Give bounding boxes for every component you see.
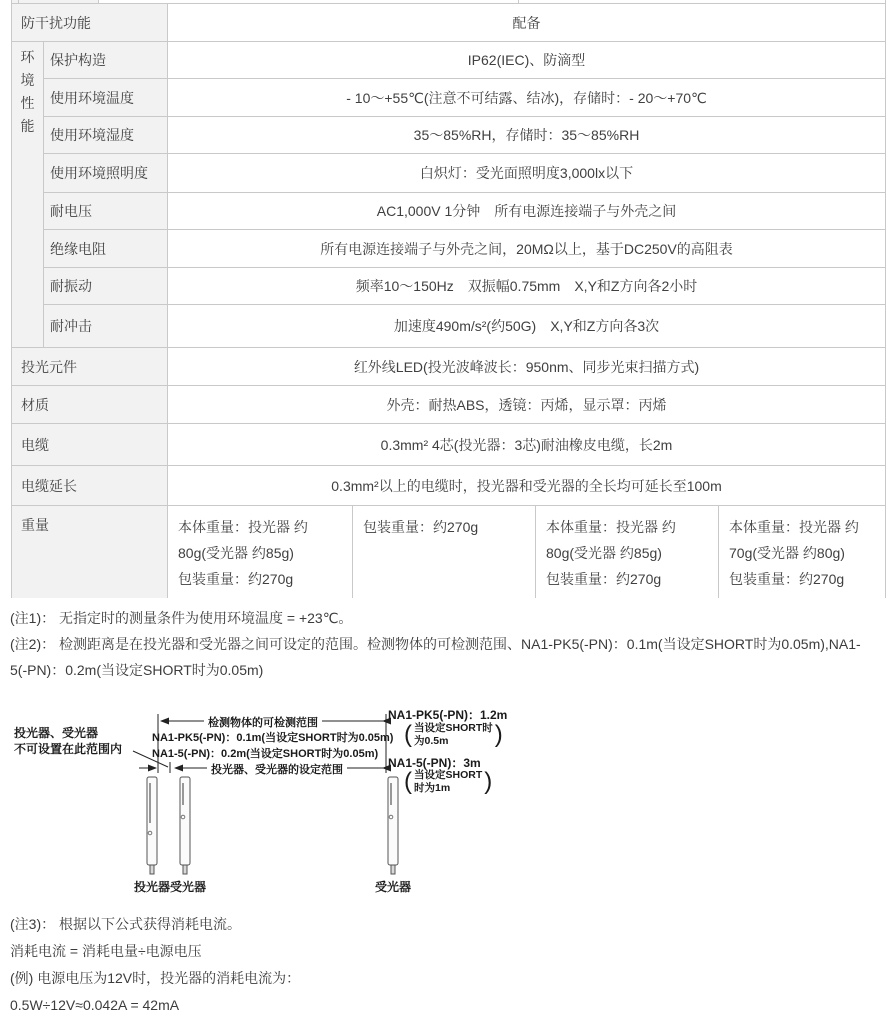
env-group-header: 环境性能 <box>12 42 44 347</box>
table-row: 电缆 0.3mm² 4芯(投光器：3芯)耐油橡皮电缆，长2m <box>12 424 886 466</box>
row-value: 配备 <box>168 4 886 41</box>
paren-text: 当设定SHORT时 为0.5m <box>412 722 495 748</box>
table-row: 耐振动 频率10～150Hz 双振幅0.75mm X,Y和Z方向各2小时 <box>44 268 886 305</box>
env-group: 环境性能 保护构造 IP62(IEC)、防滴型 使用环境温度 - 10～+55℃… <box>12 42 886 348</box>
row-value: 外壳：耐热ABS，透镜：丙烯，显示罩：丙烯 <box>168 386 886 423</box>
row-value: 0.3mm²以上的电缆时，投光器和受光器的全长均可延长至100m <box>168 466 886 505</box>
notes-block-1: (注1)： 无指定时的测量条件为使用环境温度 = +23℃。 (注2)： 检测距… <box>10 605 876 683</box>
detect-range-label: 检测物体的可检测范围 <box>204 714 322 730</box>
table-row: 防干扰功能 配备 <box>12 4 886 42</box>
row-label: 使用环境温度 <box>44 79 168 116</box>
row-value: 加速度490m/s²(约50G) X,Y和Z方向各3次 <box>168 305 886 347</box>
row-label: 耐电压 <box>44 193 168 229</box>
weight-cell: 本体重量：投光器 约80g(受光器 约85g) 包装重量：约270g <box>168 506 353 598</box>
row-label: 使用环境湿度 <box>44 117 168 153</box>
table-row: 绝缘电阻 所有电源连接端子与外壳之间，20MΩ以上，基于DC250V的高阻表 <box>44 230 886 268</box>
setting-range-label: 投光器、受光器的设定范围 <box>207 761 347 777</box>
setting-max-5-note: (当设定SHORT 时为1m) <box>404 769 492 795</box>
cutoff-cell <box>12 0 19 3</box>
receiver-bar-label: 受光器 <box>371 878 415 895</box>
row-label: 重量 <box>12 506 168 598</box>
note-1: (注1)： 无指定时的测量条件为使用环境温度 = +23℃。 <box>10 605 876 631</box>
receiver-bar-far <box>388 777 398 874</box>
row-value: 0.3mm² 4芯(投光器：3芯)耐油橡皮电缆，长2m <box>168 424 886 465</box>
receiver-bar-near <box>180 777 190 874</box>
row-value: - 10～+55℃(注意不可结露、结冰)，存储时：- 20～+70℃ <box>168 79 886 116</box>
weight-cell: 包装重量：约270g <box>353 506 536 598</box>
notes-block-2: (注3)： 根据以下公式获得消耗电流。 消耗电流 = 消耗电量÷电源电压 (例)… <box>10 911 876 1019</box>
table-row: 耐电压 AC1,000V 1分钟 所有电源连接端子与外壳之间 <box>44 193 886 230</box>
row-label: 材质 <box>12 386 168 423</box>
table-row: 材质 外壳：耐热ABS，透镜：丙烯，显示罩：丙烯 <box>12 386 886 424</box>
cutoff-cell <box>19 0 99 3</box>
table-row: 使用环境温度 - 10～+55℃(注意不可结露、结冰)，存储时：- 20～+70… <box>44 79 886 117</box>
row-value: 所有电源连接端子与外壳之间，20MΩ以上，基于DC250V的高阻表 <box>168 230 886 267</box>
paren-close: ) <box>495 722 503 748</box>
note-2: (注2)： 检测距离是在投光器和受光器之间可设定的范围。检测物体的可检测范围、N… <box>10 631 876 683</box>
paren-open: ( <box>404 769 412 795</box>
row-value: 35～85%RH，存储时：35～85%RH <box>168 117 886 153</box>
paren-open: ( <box>404 722 412 748</box>
table-row: 电缆延长 0.3mm²以上的电缆时，投光器和受光器的全长均可延长至100m <box>12 466 886 506</box>
table-row: 使用环境湿度 35～85%RH，存储时：35～85%RH <box>44 117 886 154</box>
formula-example-calc: 0.5W÷12V≈0.042A = 42mA <box>10 992 876 1019</box>
table-row-weight: 重量 本体重量：投光器 约80g(受光器 约85g) 包装重量：约270g 包装… <box>12 506 886 598</box>
range-diagram: 投光器、受光器 不可设置在此范围内 检测物体的可检测范围 NA1-PK5(-PN… <box>0 705 540 905</box>
table-row: 投光元件 红外线LED(投光波峰波长：950nm、同步光束扫描方式) <box>12 348 886 386</box>
row-value: IP62(IEC)、防滴型 <box>168 42 886 78</box>
row-label: 耐冲击 <box>44 305 168 347</box>
row-value: 红外线LED(投光波峰波长：950nm、同步光束扫描方式) <box>168 348 886 385</box>
row-value: 频率10～150Hz 双振幅0.75mm X,Y和Z方向各2小时 <box>168 268 886 304</box>
detect-range-value-5: NA1-5(-PN)：0.2m(当设定SHORT时为0.05m) <box>152 745 378 761</box>
row-label: 耐振动 <box>44 268 168 304</box>
table-row: 保护构造 IP62(IEC)、防滴型 <box>44 42 886 79</box>
receiver-bar-label: 受光器 <box>166 878 210 895</box>
left-placement-note: 投光器、受光器 不可设置在此范围内 <box>14 725 122 757</box>
formula-example-intro: (例) 电源电压为12V时，投光器的消耗电流为： <box>10 965 876 992</box>
row-label: 投光元件 <box>12 348 168 385</box>
cutoff-cell <box>519 0 886 3</box>
spec-table: 防干扰功能 配备 环境性能 保护构造 IP62(IEC)、防滴型 使用环境温度 … <box>11 0 886 598</box>
env-group-label: 环境性能 <box>20 46 36 347</box>
weight-cell: 本体重量：投光器 约80g(受光器 约85g) 包装重量：约270g <box>536 506 719 598</box>
spec-page: 防干扰功能 配备 环境性能 保护构造 IP62(IEC)、防滴型 使用环境温度 … <box>0 0 890 1029</box>
paren-text: 当设定SHORT 时为1m <box>412 769 484 795</box>
row-label: 防干扰功能 <box>12 4 168 41</box>
detect-range-value-pk5: NA1-PK5(-PN)：0.1m(当设定SHORT时为0.05m) <box>152 729 393 745</box>
note-3: (注3)： 根据以下公式获得消耗电流。 <box>10 911 876 938</box>
table-row: 使用环境照明度 白炽灯：受光面照明度3,000lx以下 <box>44 154 886 193</box>
setting-max-pk5-note: (当设定SHORT时 为0.5m) <box>404 722 503 748</box>
row-value: 白炽灯：受光面照明度3,000lx以下 <box>168 154 886 192</box>
emitter-bar <box>147 777 157 874</box>
paren-close: ) <box>484 769 492 795</box>
current-formula: 消耗电流 = 消耗电量÷电源电压 <box>10 938 876 965</box>
row-label: 使用环境照明度 <box>44 154 168 192</box>
row-label: 保护构造 <box>44 42 168 78</box>
table-row: 耐冲击 加速度490m/s²(约50G) X,Y和Z方向各3次 <box>44 305 886 347</box>
row-value: AC1,000V 1分钟 所有电源连接端子与外壳之间 <box>168 193 886 229</box>
row-label: 电缆 <box>12 424 168 465</box>
row-label: 绝缘电阻 <box>44 230 168 267</box>
cutoff-cell <box>99 0 519 3</box>
row-label: 电缆延长 <box>12 466 168 505</box>
weight-cell: 本体重量：投光器 约70g(受光器 约80g) 包装重量：约270g <box>719 506 886 598</box>
